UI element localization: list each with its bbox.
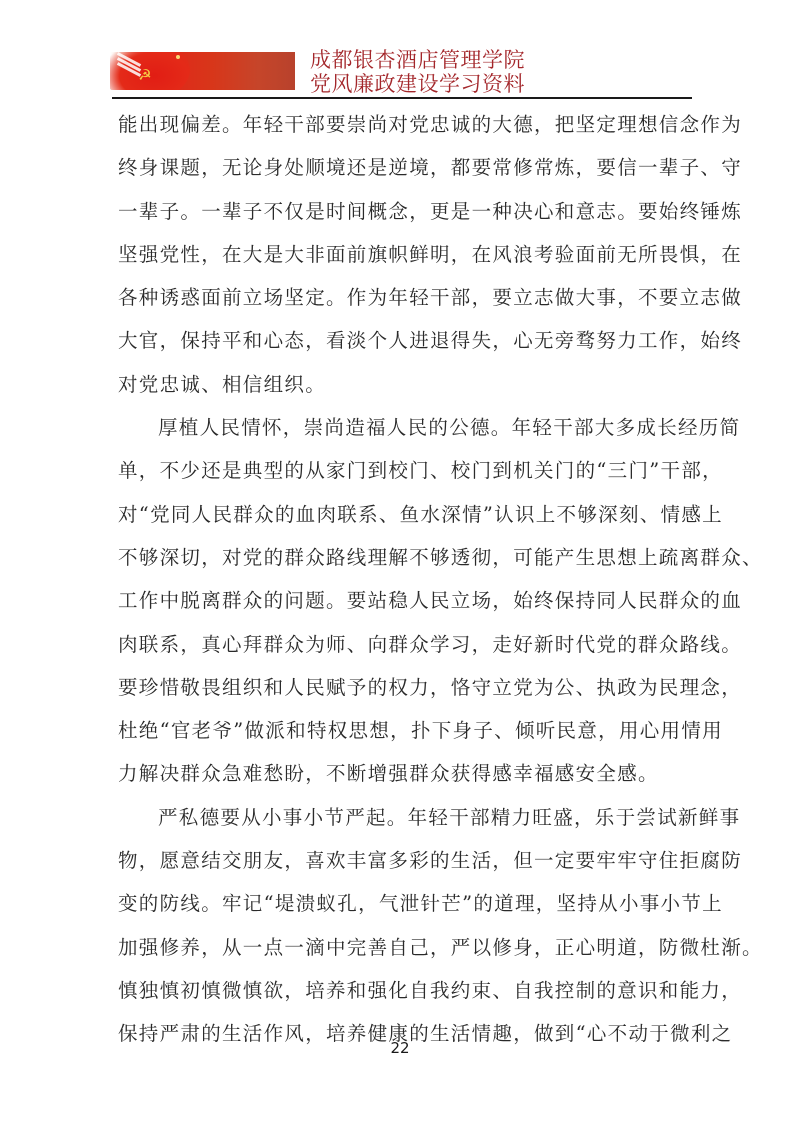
text-line: 坚强党性，在大是大非面前旗帜鲜明，在风浪考验面前无所畏惧，在 — [118, 233, 688, 276]
text-line: 加强修养，从一点一滴中完善自己，严以修身，正心明道，防微杜渐。 — [118, 926, 688, 969]
text-line: 要珍惜敬畏组织和人民赋予的权力，恪守立党为公、执政为民理念， — [118, 666, 688, 709]
text-line: 慎独慎初慎微慎欲，培养和强化自我约束、自我控制的意识和能力， — [118, 969, 688, 1012]
paragraph-first-line: 厚植人民情怀，崇尚造福人民的公德。年轻干部大多成长经历简 — [118, 406, 688, 449]
text-line: 力解决群众急难愁盼，不断增强群众获得感幸福感安全感。 — [118, 752, 688, 795]
page-header: ☭ 成都银杏酒店管理学院 党风廉政建设学习资料 — [110, 48, 690, 98]
header-titles: 成都银杏酒店管理学院 党风廉政建设学习资料 — [310, 48, 525, 96]
text-line: 对“党同人民群众的血肉联系、鱼水深情”认识上不够深刻、情感上 — [118, 493, 688, 536]
sparkle-decoration — [176, 55, 180, 59]
institution-name: 成都银杏酒店管理学院 — [310, 48, 525, 72]
document-subtitle: 党风廉政建设学习资料 — [310, 72, 525, 96]
text-line: 能出现偏差。年轻干部要崇尚对党忠诚的大德，把坚定理想信念作为 — [118, 103, 688, 146]
text-line: 杜绝“官老爷”做派和特权思想，扑下身子、倾听民意，用心用情用 — [118, 709, 688, 752]
text-line: 物，愿意结交朋友，喜欢丰富多彩的生活，但一定要牢牢守住拒腐防 — [118, 839, 688, 882]
text-line: 不够深切，对党的群众路线理解不够透彻，可能产生思想上疏离群众、 — [118, 536, 688, 579]
text-line: 工作中脱离群众的问题。要站稳人民立场，始终保持同人民群众的血 — [118, 579, 688, 622]
text-line: 一辈子。一辈子不仅是时间概念，更是一种决心和意志。要始终锤炼 — [118, 190, 688, 233]
header-banner: ☭ — [110, 52, 295, 90]
text-line: 肉联系，真心拜群众为师、向群众学习，走好新时代党的群众路线。 — [118, 623, 688, 666]
text-line: 各种诱惑面前立场坚定。作为年轻干部，要立志做大事，不要立志做 — [118, 276, 688, 319]
text-line: 终身课题，无论身处顺境还是逆境，都要常修常炼，要信一辈子、守 — [118, 146, 688, 189]
text-line: 单，不少还是典型的从家门到校门、校门到机关门的“三门”干部， — [118, 449, 688, 492]
header-divider — [112, 97, 692, 99]
text-line: 变的防线。牢记“堤溃蚁孔，气泄针芒”的道理，坚持从小事小节上 — [118, 882, 688, 925]
document-body: 能出现偏差。年轻干部要崇尚对党忠诚的大德，把坚定理想信念作为终身课题，无论身处顺… — [118, 103, 688, 1056]
paragraph-first-line: 严私德要从小事小节严起。年轻干部精力旺盛，乐于尝试新鲜事 — [118, 796, 688, 839]
page-number: 22 — [0, 1039, 800, 1057]
party-emblem-icon: ☭ — [136, 66, 154, 84]
text-line: 对党忠诚、相信组织。 — [118, 363, 688, 406]
text-line: 大官，保持平和心态，看淡个人进退得失，心无旁骛努力工作，始终 — [118, 319, 688, 362]
